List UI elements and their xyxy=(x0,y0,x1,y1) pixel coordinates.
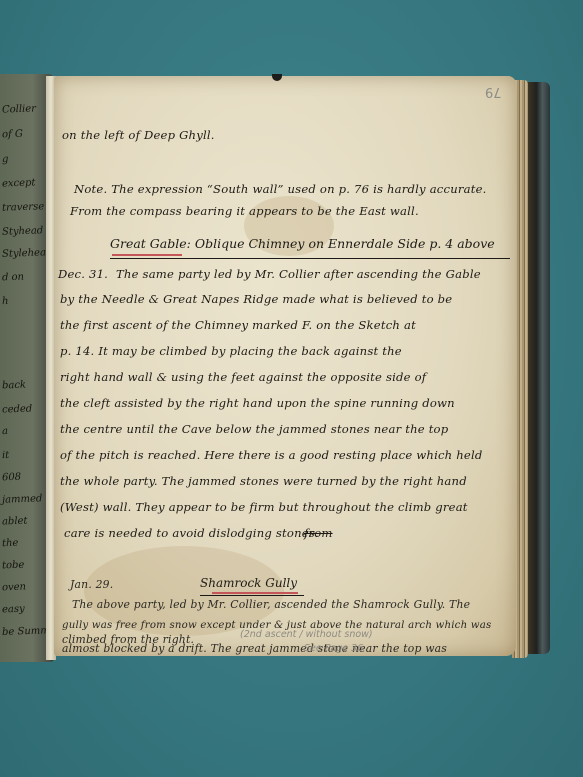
note-line: From the compass bearing it appears to b… xyxy=(70,204,419,218)
text-line: the cleft assisted by the right hand upo… xyxy=(60,396,455,410)
entry-heading: Great Gable: Oblique Chimney on Ennerdal… xyxy=(110,236,495,251)
heading-underline-red xyxy=(112,254,182,256)
left-page-fragment: tobe xyxy=(2,560,25,572)
binding-notch xyxy=(272,74,282,81)
left-page-fragment: traverse xyxy=(2,201,45,213)
left-page-fragment: 608 xyxy=(2,472,21,484)
left-page-fragment: ceded xyxy=(2,403,33,415)
notebook-page: 79 on the left of Deep Ghyll. Note. The … xyxy=(54,76,516,656)
left-page-fragment: of G xyxy=(2,129,23,141)
left-page-fragment: the xyxy=(2,538,19,550)
text-line: the first ascent of the Chimney marked F… xyxy=(60,318,416,332)
text-line: climbed from the right. xyxy=(62,633,194,646)
left-page-fragment: it xyxy=(2,450,10,461)
pencil-note: (2nd ascent / without snow) xyxy=(240,629,373,640)
left-page-fragment: Stylehead xyxy=(2,247,53,260)
text-line: (West) wall. They appear to be firm but … xyxy=(60,500,468,514)
left-page-fragment: Collier xyxy=(2,103,36,115)
left-page-fragment: back xyxy=(2,380,26,392)
heading-underline xyxy=(110,258,510,259)
left-page-fragment: d on xyxy=(2,272,24,284)
pencil-reference: See Page 36 xyxy=(304,643,363,654)
text-line: by the Needle & Great Napes Ridge made w… xyxy=(60,292,452,306)
note-line: Note. The expression “South wall” used o… xyxy=(74,182,487,196)
left-page-fragment: ablet xyxy=(2,516,28,528)
entry-date: Jan. 29. xyxy=(70,578,113,591)
text-line: on the left of Deep Ghyll. xyxy=(62,128,215,142)
text-line: care is needed to avoid dislodging stone… xyxy=(64,526,319,540)
text-line: The above party, led by Mr. Collier, asc… xyxy=(72,598,470,611)
heading-underline-red xyxy=(212,592,298,594)
left-page-fragment: jammed xyxy=(2,493,43,505)
left-page-fragment: oven xyxy=(2,582,26,594)
entry-heading: Shamrock Gully xyxy=(200,576,297,590)
entry-date: Dec. 31. xyxy=(58,267,108,281)
text-line: right hand wall & using the feet against… xyxy=(60,370,426,384)
text-line: the centre until the Cave below the jamm… xyxy=(60,422,448,436)
struck-word: from xyxy=(304,526,333,540)
left-page-fragment: a xyxy=(2,426,8,437)
text-line: the whole party. The jammed stones were … xyxy=(60,474,467,488)
text-line: The same party led by Mr. Collier after … xyxy=(116,267,481,281)
left-page-fragment: h xyxy=(2,296,9,307)
left-page-fragment: Styhead xyxy=(2,225,44,237)
left-page-fragment: g xyxy=(2,154,9,165)
text-line: of the pitch is reached. Here there is a… xyxy=(60,448,482,462)
heading-underline xyxy=(200,595,304,596)
left-page-fragment: easy xyxy=(2,604,25,616)
left-page-fragment: except xyxy=(2,177,36,189)
text-line: p. 14. It may be climbed by placing the … xyxy=(60,344,402,358)
page-number: 79 xyxy=(485,84,502,99)
